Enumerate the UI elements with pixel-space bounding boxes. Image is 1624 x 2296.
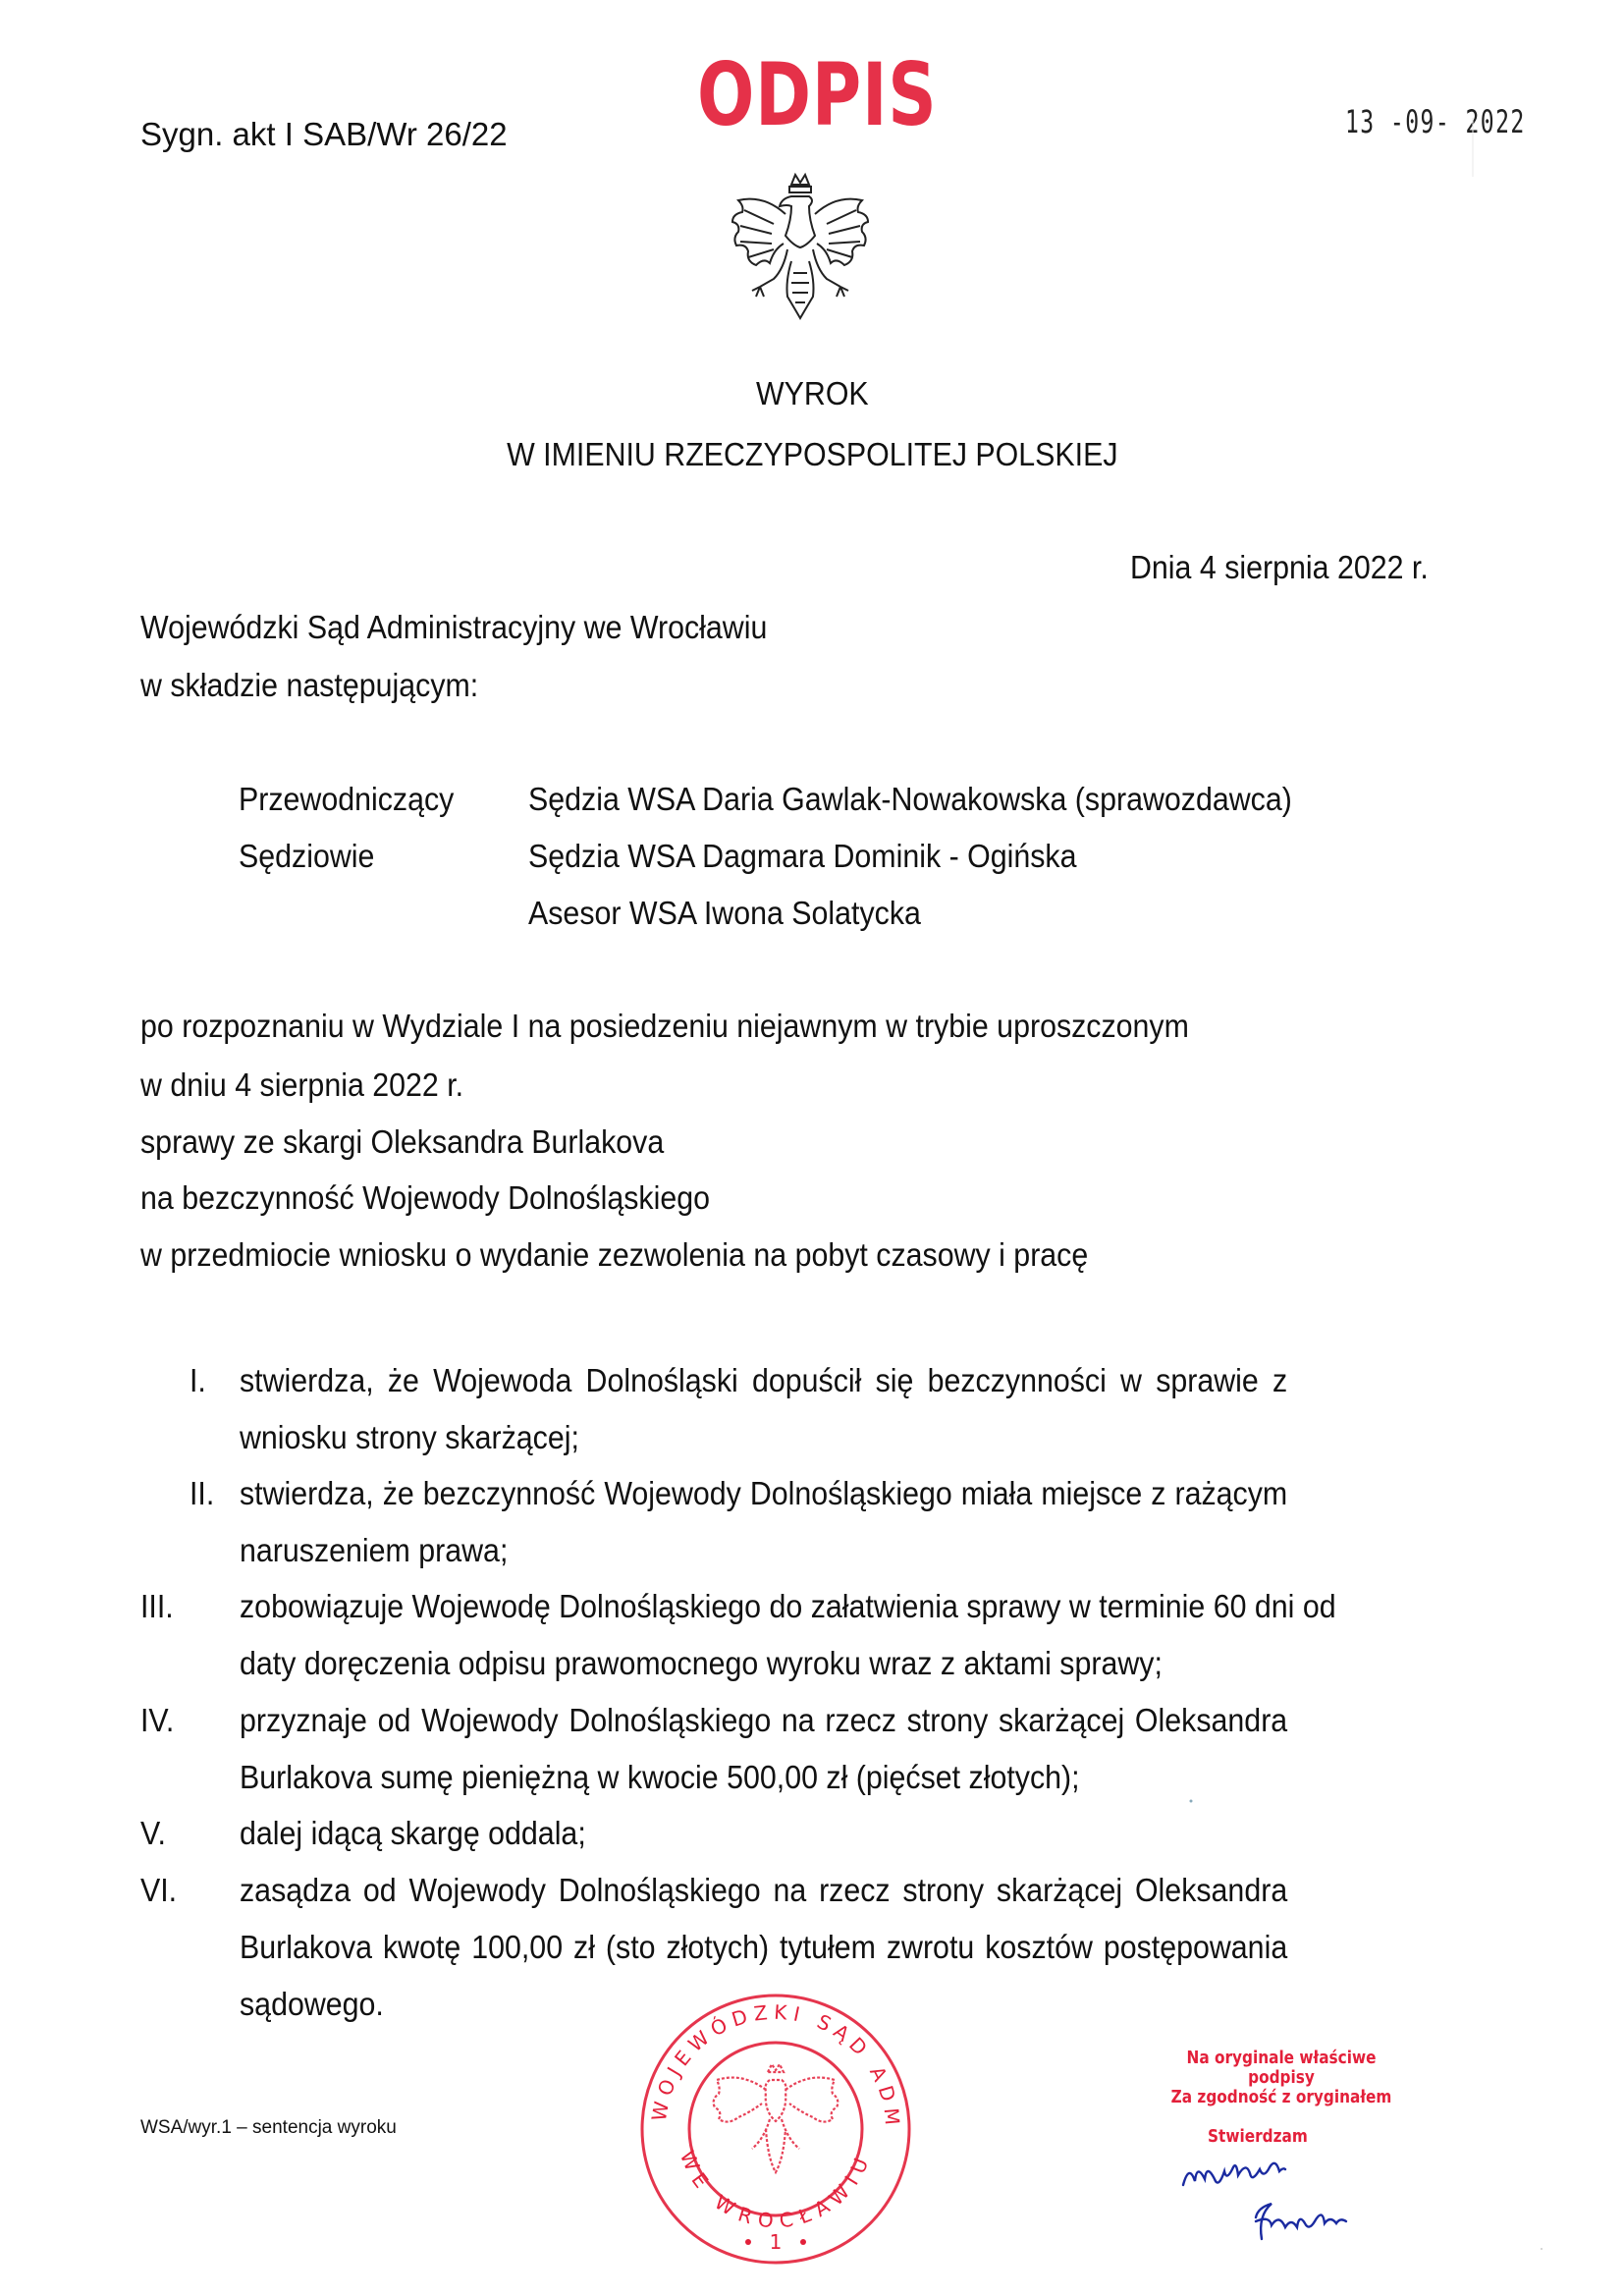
ruling-text-line: stwierdza, że bezczynność Wojewody Dolno…: [240, 1477, 1287, 1509]
copy-stamp: ODPIS: [697, 44, 938, 145]
ruling-text-line: przyznaje od Wojewody Dolnośląskiego na …: [240, 1704, 1287, 1736]
polish-eagle-icon: [727, 167, 874, 329]
ruling-text-line: stwierdza, że Wojewoda Dolnośląski dopuś…: [240, 1364, 1287, 1396]
panel-role-judges: Sędziowie: [239, 840, 374, 872]
received-date-stamp: 13 -09- 2022: [1345, 103, 1526, 140]
certification-line: Za zgodność z oryginałem: [1157, 2088, 1407, 2107]
ruling-number: IV.: [140, 1704, 174, 1736]
case-signature: Sygn. akt I SAB/Wr 26/22: [140, 118, 508, 150]
panel-judge-3: Asesor WSA Iwona Solatycka: [528, 897, 921, 929]
ruling-number: VI.: [140, 1874, 177, 1906]
document-subtitle: W IMIENIU RZECZYPOSPOLITEJ POLSKIEJ: [0, 438, 1624, 470]
ruling-text-line: daty doręczenia odpisu prawomocnego wyro…: [240, 1647, 1163, 1679]
ruling-text-line: naruszeniem prawa;: [240, 1534, 508, 1566]
svg-text:WE WROCŁAWIU: WE WROCŁAWIU: [676, 2147, 876, 2232]
ruling-number: II.: [189, 1477, 214, 1509]
proceedings-line: sprawy ze skargi Oleksandra Burlakova: [140, 1125, 664, 1158]
ruling-number: III.: [140, 1590, 174, 1622]
panel-judge-2: Sędzia WSA Dagmara Dominik - Ogińska: [528, 840, 1076, 872]
signature-icon: [1173, 2141, 1429, 2249]
proceedings-line: na bezczynność Wojewody Dolnośląskiego: [140, 1181, 710, 1214]
svg-text:1: 1: [770, 2230, 783, 2254]
ruling-text-line: wniosku strony skarżącej;: [240, 1421, 579, 1453]
certification-line: Na oryginale właściwe podpisy: [1157, 2049, 1407, 2088]
proceedings-line: w dniu 4 sierpnia 2022 r.: [140, 1068, 463, 1101]
panel-role-chair: Przewodniczący: [239, 783, 454, 815]
ruling-text-line: Burlakova kwotę 100,00 zł (sto złotych) …: [240, 1931, 1287, 1963]
proceedings-line: po rozpoznaniu w Wydziale I na posiedzen…: [140, 1010, 1189, 1042]
composition-intro: w składzie następującym:: [140, 669, 478, 701]
ruling-text-line: sądowego.: [240, 1988, 384, 2020]
ruling-text-line: zobowiązuje Wojewodę Dolnośląskiego do z…: [240, 1590, 1287, 1622]
proceedings-line: w przedmiocie wniosku o wydanie zezwolen…: [140, 1238, 1088, 1271]
ruling-text-line: zasądza od Wojewody Dolnośląskiego na rz…: [240, 1874, 1287, 1906]
court-seal-icon: WOJEWÓDZKI SĄD ADMINISTRACYJNY WE WROCŁA…: [628, 1982, 923, 2276]
document-type: WYROK: [0, 377, 1624, 410]
judgment-date: Dnia 4 sierpnia 2022 r.: [1130, 551, 1429, 583]
form-code: WSA/wyr.1 – sentencja wyroku: [140, 2117, 397, 2139]
ruling-number: I.: [189, 1364, 206, 1396]
panel-judge-chair: Sędzia WSA Daria Gawlak-Nowakowska (spra…: [528, 783, 1292, 815]
certification-stamp: Na oryginale właściwe podpisy Za zgodnoś…: [1157, 2049, 1407, 2107]
ruling-text-line: dalej idącą skargę oddala;: [240, 1817, 586, 1849]
ruling-number: V.: [140, 1817, 166, 1849]
court-name: Wojewódzki Sąd Administracyjny we Wrocła…: [140, 611, 767, 643]
ruling-text-line: Burlakova sumę pieniężną w kwocie 500,00…: [240, 1761, 1080, 1793]
